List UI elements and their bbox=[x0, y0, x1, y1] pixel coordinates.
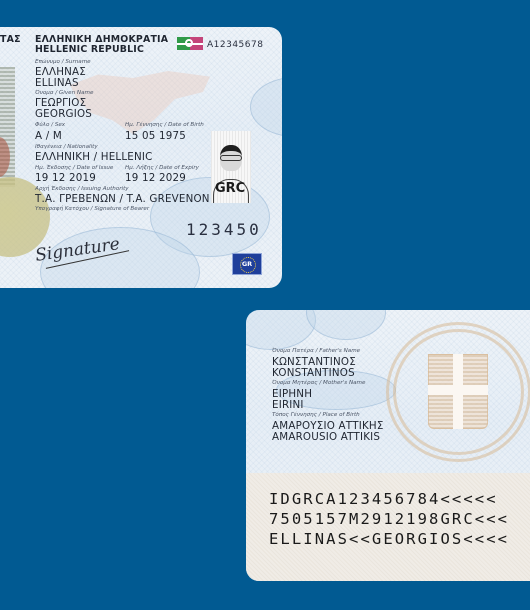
id-card-front: ΗΤΑΣ ΕΛΛΗΝΙΚΗ ΔΗΜΟΚΡΑΤΙΑ HELLENIC REPUBL… bbox=[0, 27, 282, 288]
given-name-latin: GEORGIOS bbox=[35, 109, 92, 120]
header-english: HELLENIC REPUBLIC bbox=[35, 45, 144, 55]
document-number: A12345678 bbox=[207, 40, 263, 50]
father-name-label: Όνομα Πατέρα / Father's Name bbox=[272, 348, 360, 355]
birthplace-label: Τόπος Γέννησης / Place of Birth bbox=[272, 412, 360, 419]
given-name-label: Όνομα / Given Name bbox=[35, 90, 93, 97]
eu-flag-icon: GR bbox=[232, 253, 262, 275]
mother-name-latin: EIRINI bbox=[272, 400, 304, 411]
nationality-label: Ιθαγένεια / Nationality bbox=[35, 144, 98, 151]
mrz-line-2: 7505157M2912198GRC<<< bbox=[269, 509, 509, 529]
expiry-date-label: Ημ. Λήξης / Date of Expiry bbox=[125, 165, 199, 172]
mrz-line-1: IDGRCA123456784<<<<< bbox=[269, 489, 498, 509]
nationality-value: ΕΛΛΗΝΙΚΗ / HELLENIC bbox=[35, 152, 153, 163]
signature-label: Υπογραφή Κατόχου / Signature of Bearer bbox=[35, 206, 149, 213]
surname-label: Επώνυμο / Surname bbox=[35, 59, 91, 66]
mrz-line-3: ELLINAS<<GEORGIOS<<<< bbox=[269, 529, 509, 549]
photo-country-overlay: GRC bbox=[215, 181, 245, 196]
issue-date-value: 19 12 2019 bbox=[35, 173, 96, 184]
eu-country-code: GR bbox=[242, 260, 252, 268]
sex-value: Α / M bbox=[35, 131, 62, 142]
card-access-number: 123450 bbox=[186, 220, 262, 239]
issue-date-label: Ημ. Έκδοσης / Date of Issue bbox=[35, 165, 113, 172]
guilloche-pattern bbox=[250, 77, 282, 137]
guilloche-pattern bbox=[306, 310, 386, 340]
cross-icon bbox=[428, 385, 488, 395]
dob-label: Ημ. Γέννησης / Date of Birth bbox=[125, 122, 204, 129]
machine-readable-zone: IDGRCA123456784<<<<< 7505157M2912198GRC<… bbox=[246, 473, 530, 581]
birthplace-latin: AMAROUSIO ATTIKIS bbox=[272, 432, 380, 443]
issuing-authority-value: Τ.Α. ΓΡΕΒΕΝΩΝ / T.A. GREVENON bbox=[35, 194, 210, 205]
father-name-latin: KONSTANTINOS bbox=[272, 368, 355, 379]
id-card-back: Όνομα Πατέρα / Father's Name ΚΩΝΣΤΑΝΤΙΝΟ… bbox=[246, 310, 530, 581]
expiry-date-value: 19 12 2029 bbox=[125, 173, 186, 184]
photo-glasses bbox=[220, 155, 242, 161]
surname-latin: ELLINAS bbox=[35, 78, 79, 89]
chip-contactless-icon bbox=[177, 37, 203, 50]
sex-label: Φύλο / Sex bbox=[35, 122, 65, 129]
mother-name-label: Όνομα Μητέρας / Mother's Name bbox=[272, 380, 365, 387]
header-fragment: ΗΤΑΣ bbox=[0, 35, 21, 45]
dob-value: 15 05 1975 bbox=[125, 131, 186, 142]
issuing-authority-label: Αρχή Έκδοσης / Issuing Authority bbox=[35, 186, 129, 193]
greek-coat-of-arms bbox=[386, 322, 530, 462]
